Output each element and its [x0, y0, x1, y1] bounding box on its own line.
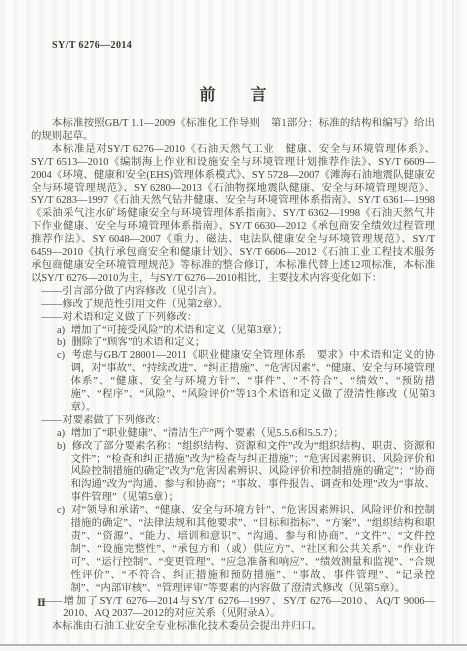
change-item: ——修改了规范性引用文件（见第2章）。	[31, 299, 435, 312]
change-item-text: 引言部分做了内容修改（见引言）。	[62, 286, 223, 297]
item-marker: c)	[57, 350, 71, 361]
sub-change-text: 对“领导和承诺”、“健康、安全与环境方针”、“危害因素辨识、风险评价和控制措施的…	[71, 505, 435, 593]
sub-change-item: a)增加了“职业健康”、“清洁生产”两个要素（见5.5.6和5.5.7）；	[31, 428, 435, 441]
item-marker: a)	[57, 428, 71, 439]
foreword-paragraph: 本标准按照GB/T 1.1—2009《标准化工作导则 第1部分：标准的结构和编写…	[31, 118, 435, 144]
sub-change-item: b)修改了部分要素名称：“组织结构、资源和文件”改为“组织结构、职责、资源和文件…	[31, 441, 435, 506]
sub-change-item: c)对“领导和承诺”、“健康、安全与环境方针”、“危害因素辨识、风险评价和控制措…	[31, 505, 435, 595]
dash-marker: ——	[41, 415, 62, 426]
item-marker: a)	[57, 325, 71, 336]
sub-change-item: b)删除了“顾客”的术语和定义；	[31, 337, 435, 350]
page-title: 前 言	[0, 82, 467, 105]
sub-change-text: 删除了“顾客”的术语和定义；	[71, 337, 205, 348]
change-item-text: 增加了SY/T 6276—2014与SY/T 6276—1997、SY/T 62…	[62, 596, 435, 620]
foreword-body: 本标准按照GB/T 1.1—2009《标准化工作导则 第1部分：标准的结构和编写…	[31, 118, 435, 634]
sub-change-text: 增加了“可接受风险”的术语和定义（见第3章）；	[71, 325, 288, 336]
closing-paragraph: 本标准由石油工业安全专业标准化技术委员会提出并归口。	[31, 621, 435, 634]
item-marker: c)	[57, 505, 71, 516]
change-item-text: 对术语和定义做了下列修改：	[62, 312, 197, 323]
change-item: ——增加了SY/T 6276—2014与SY/T 6276—1997、SY/T …	[31, 596, 435, 622]
item-marker: b)	[57, 337, 71, 348]
sub-change-item: a)增加了“可接受风险”的术语和定义（见第3章）；	[31, 325, 435, 338]
change-item: ——对术语和定义做了下列修改：	[31, 312, 435, 325]
foreword-paragraph: 本标准是对SY/T 6276—2010《石油天然气工业 健康、安全与环境管理体系…	[31, 144, 435, 286]
dash-marker: ——	[41, 286, 62, 297]
dash-marker: ——	[41, 299, 62, 310]
change-item-text: 修改了规范性引用文件（见第2章）。	[62, 299, 228, 310]
change-item-text: 对要素做了下列修改：	[62, 415, 166, 426]
dash-marker: ——	[41, 312, 62, 323]
sub-change-text: 增加了“职业健康”、“清洁生产”两个要素（见5.5.6和5.5.7）；	[71, 428, 344, 439]
document-page: SY/T 6276—2014 前 言 本标准按照GB/T 1.1—2009《标准…	[0, 0, 467, 651]
change-item: ——引言部分做了内容修改（见引言）。	[31, 286, 435, 299]
standard-number: SY/T 6276—2014	[52, 40, 132, 51]
item-marker: b)	[57, 441, 71, 452]
sub-change-text: 考虑与GB/T 28001—2011《职业健康安全管理体系 要求》中术语和定义的…	[71, 350, 435, 413]
page-bottom-margin	[0, 646, 467, 651]
sub-change-text: 修改了部分要素名称：“组织结构、资源和文件”改为“组织结构、职责、资源和文件”；…	[71, 441, 435, 504]
change-item: ——对要素做了下列修改：	[31, 415, 435, 428]
sub-change-item: c)考虑与GB/T 28001—2011《职业健康安全管理体系 要求》中术语和定…	[31, 350, 435, 415]
page-number: Ⅱ	[37, 597, 46, 609]
